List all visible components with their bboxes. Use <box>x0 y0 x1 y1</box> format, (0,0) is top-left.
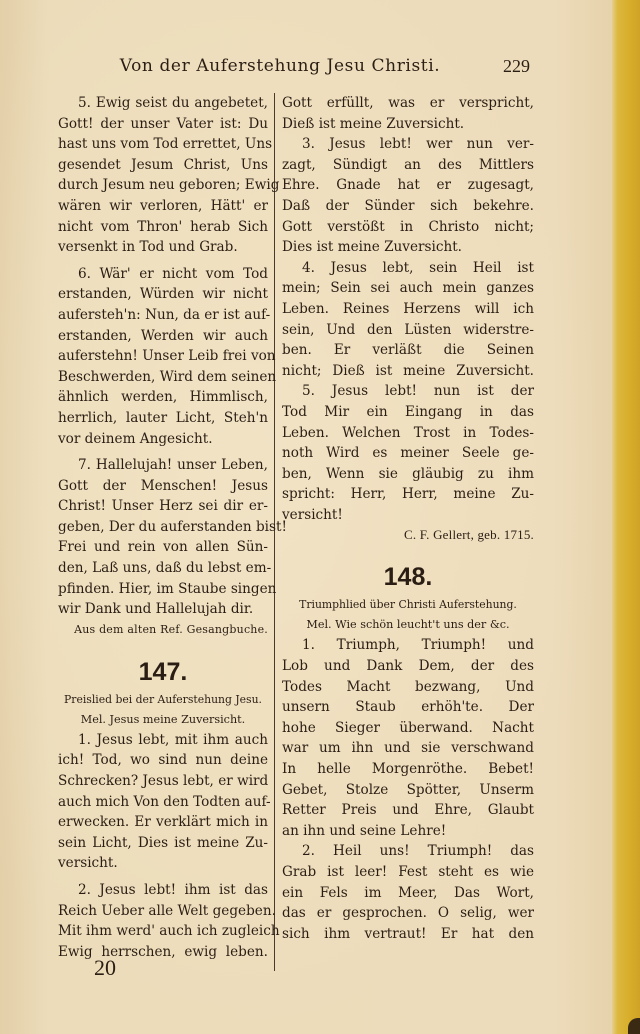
stanza-1-hymn-148: 1. Triumph, Triumph! und Lob und Dank De… <box>282 635 534 841</box>
verse-line: Ehre. Gnade hat er zugesagt, <box>282 175 534 196</box>
stanza-5-hymn-146: 5. Ewig seist du angebetet, Gott! der un… <box>58 93 268 258</box>
hymn-147-attribution: C. F. Gellert, geb. 1715. <box>282 525 534 545</box>
stanza-4-hymn-147: 4. Jesus lebt, sein Heil ist mein; Sein … <box>282 258 534 382</box>
verse-line: Gott erfüllt, was er verspricht, <box>282 93 534 114</box>
verse-line: aufersteh'n: Nun, da er ist auf- <box>58 305 268 326</box>
verse-line: wären wir verloren, Hätt' er <box>58 196 268 217</box>
stanza-2-hymn-148: 2. Heil uns! Triumph! das Grab ist leer!… <box>282 841 534 944</box>
binding-shadow <box>628 1018 640 1034</box>
verse-line: noth Wird es meiner Seele ge- <box>282 443 534 464</box>
verse-line: Retter Preis und Ehre, Glaubt <box>282 800 534 821</box>
stanza-6-hymn-146: 6. Wär' er nicht vom Tod erstanden, Würd… <box>58 264 268 449</box>
verse-line: pfinden. Hier, im Staube singen <box>58 579 268 600</box>
verse-line: mein; Sein sei auch mein ganzes <box>282 278 534 299</box>
hymn-146-attribution: Aus dem alten Ref. Gesangbuche. <box>58 620 268 640</box>
verse-line: herrlich, lauter Licht, Steh'n <box>58 408 268 429</box>
verse-line: Todes Macht bezwang, Und <box>282 677 534 698</box>
verse-line: 5. Jesus lebt! nun ist der <box>282 381 534 402</box>
verse-line: versicht! <box>282 505 534 526</box>
verse-line: auferstehn! Unser Leib frei von <box>58 346 268 367</box>
verse-line: auch mich Von den Todten auf- <box>58 792 268 813</box>
verse-line: Gott! der unser Vater ist: Du <box>58 114 268 135</box>
verse-line: wir Dank und Hallelujah dir. <box>58 599 268 620</box>
verse-line: ein Fels im Meer, Das Wort, <box>282 883 534 904</box>
verse-line: an ihn und seine Lehre! <box>282 821 534 842</box>
verse-line: erstanden, Würden wir nicht <box>58 284 268 305</box>
stanza-3-hymn-147: 3. Jesus lebt! wer nun ver- zagt, Sündig… <box>282 134 534 258</box>
verse-line: Reich Ueber alle Welt gegeben. <box>58 901 268 922</box>
verse-line: 7. Hallelujah! unser Leben, <box>58 455 268 476</box>
hymn-title: Preislied bei der Auferstehung Jesu. <box>58 690 268 710</box>
verse-line: nicht; Dieß ist meine Zuversicht. <box>282 361 534 382</box>
hymn-number: 148. <box>282 559 534 595</box>
verse-line: erwecken. Er verklärt mich in <box>58 812 268 833</box>
verse-line: 1. Triumph, Triumph! und <box>282 635 534 656</box>
stanza-5-hymn-147: 5. Jesus lebt! nun ist der Tod Mir ein E… <box>282 381 534 525</box>
verse-line: 5. Ewig seist du angebetet, <box>58 93 268 114</box>
verse-line: ben, Wenn sie gläubig zu ihm <box>282 464 534 485</box>
right-column: Gott erfüllt, was er verspricht, Dieß is… <box>282 93 534 944</box>
verse-line: erstanden, Werden wir auch <box>58 326 268 347</box>
stanza-2-hymn-147-continued: Gott erfüllt, was er verspricht, Dieß is… <box>282 93 534 134</box>
verse-line: nicht vom Thron' herab Sich <box>58 217 268 238</box>
hymn-melody: Mel. Wie schön leucht't uns der &c. <box>282 615 534 635</box>
verse-line: versenkt in Tod und Grab. <box>58 237 268 258</box>
verse-line: gesendet Jesum Christ, Uns <box>58 155 268 176</box>
verse-line: Mit ihm werd' auch ich zugleich <box>58 921 268 942</box>
verse-line: In helle Morgenröthe. Bebet! <box>282 759 534 780</box>
verse-line: Leben. Welchen Trost in Todes- <box>282 423 534 444</box>
printer-signature-mark: 20 <box>94 955 116 981</box>
verse-line: ähnlich werden, Himmlisch, <box>58 387 268 408</box>
verse-line: Grab ist leer! Fest steht es wie <box>282 862 534 883</box>
verse-line: Frei und rein von allen Sün- <box>58 537 268 558</box>
running-head: Von der Auferstehung Jesu Christi. 229 <box>60 56 530 84</box>
verse-line: hohe Sieger überwand. Nacht <box>282 718 534 739</box>
verse-line: durch Jesum neu geboren; Ewig <box>58 175 268 196</box>
verse-line: zagt, Sündigt an des Mittlers <box>282 155 534 176</box>
verse-line: vor deinem Angesicht. <box>58 429 268 450</box>
verse-line: 1. Jesus lebt, mit ihm auch <box>58 730 268 751</box>
verse-line: Christ! Unser Herz sei dir er- <box>58 496 268 517</box>
verse-line: Beschwerden, Wird dem seinen <box>58 367 268 388</box>
left-column: 5. Ewig seist du angebetet, Gott! der un… <box>58 93 268 962</box>
verse-line: Tod Mir ein Eingang in das <box>282 402 534 423</box>
verse-line: das er gesprochen. O selig, wer <box>282 903 534 924</box>
verse-line: 2. Jesus lebt! ihm ist das <box>58 880 268 901</box>
stanza-2-hymn-147: 2. Jesus lebt! ihm ist das Reich Ueber a… <box>58 880 268 962</box>
verse-line: Dies ist meine Zuversicht. <box>282 237 534 258</box>
running-head-title: Von der Auferstehung Jesu Christi. <box>70 56 490 76</box>
stanza-1-hymn-147: 1. Jesus lebt, mit ihm auch ich! Tod, wo… <box>58 730 268 874</box>
verse-line: sich ihm vertraut! Er hat den <box>282 924 534 945</box>
hymn-number: 147. <box>58 654 268 690</box>
page-number: 229 <box>503 56 530 77</box>
verse-line: ich! Tod, wo sind nun deine <box>58 750 268 771</box>
verse-line: 3. Jesus lebt! wer nun ver- <box>282 134 534 155</box>
verse-line: ben. Er verläßt die Seinen <box>282 340 534 361</box>
verse-line: 6. Wär' er nicht vom Tod <box>58 264 268 285</box>
verse-line: Gebet, Stolze Spötter, Unserm <box>282 780 534 801</box>
verse-line: Ewig herrschen, ewig leben. <box>58 942 268 963</box>
verse-line: 4. Jesus lebt, sein Heil ist <box>282 258 534 279</box>
verse-line: Gott der Menschen! Jesus <box>58 476 268 497</box>
verse-line: versicht. <box>58 853 268 874</box>
verse-line: Lob und Dank Dem, der des <box>282 656 534 677</box>
hymn-title: Triumphlied über Christi Auferstehung. <box>282 595 534 615</box>
verse-line: spricht: Herr, Herr, meine Zu- <box>282 484 534 505</box>
verse-line: sein Licht, Dies ist meine Zu- <box>58 833 268 854</box>
hymn-147: 147. Preislied bei der Auferstehung Jesu… <box>58 654 268 963</box>
hymn-melody: Mel. Jesus meine Zuversicht. <box>58 710 268 730</box>
verse-line: Schrecken? Jesus lebt, er wird <box>58 771 268 792</box>
verse-line: geben, Der du auferstanden bist! <box>58 517 268 538</box>
stanza-7-hymn-146: 7. Hallelujah! unser Leben, Gott der Men… <box>58 455 268 620</box>
verse-line: Leben. Reines Herzens will ich <box>282 299 534 320</box>
hymn-148: 148. Triumphlied über Christi Auferstehu… <box>282 559 534 944</box>
verse-line: Daß der Sünder sich bekehre. <box>282 196 534 217</box>
verse-line: den, Laß uns, daß du lebst em- <box>58 558 268 579</box>
verse-line: sein, Und den Lüsten widerstre- <box>282 320 534 341</box>
verse-line: Gott verstößt in Christo nicht; <box>282 217 534 238</box>
verse-line: hast uns vom Tod errettet, Uns <box>58 134 268 155</box>
verse-line: war um ihn und sie verschwand <box>282 738 534 759</box>
verse-line: 2. Heil uns! Triumph! das <box>282 841 534 862</box>
verse-line: Dieß ist meine Zuversicht. <box>282 114 534 135</box>
verse-line: unsern Staub erhöh'te. Der <box>282 697 534 718</box>
gilt-page-edge <box>612 0 640 1034</box>
